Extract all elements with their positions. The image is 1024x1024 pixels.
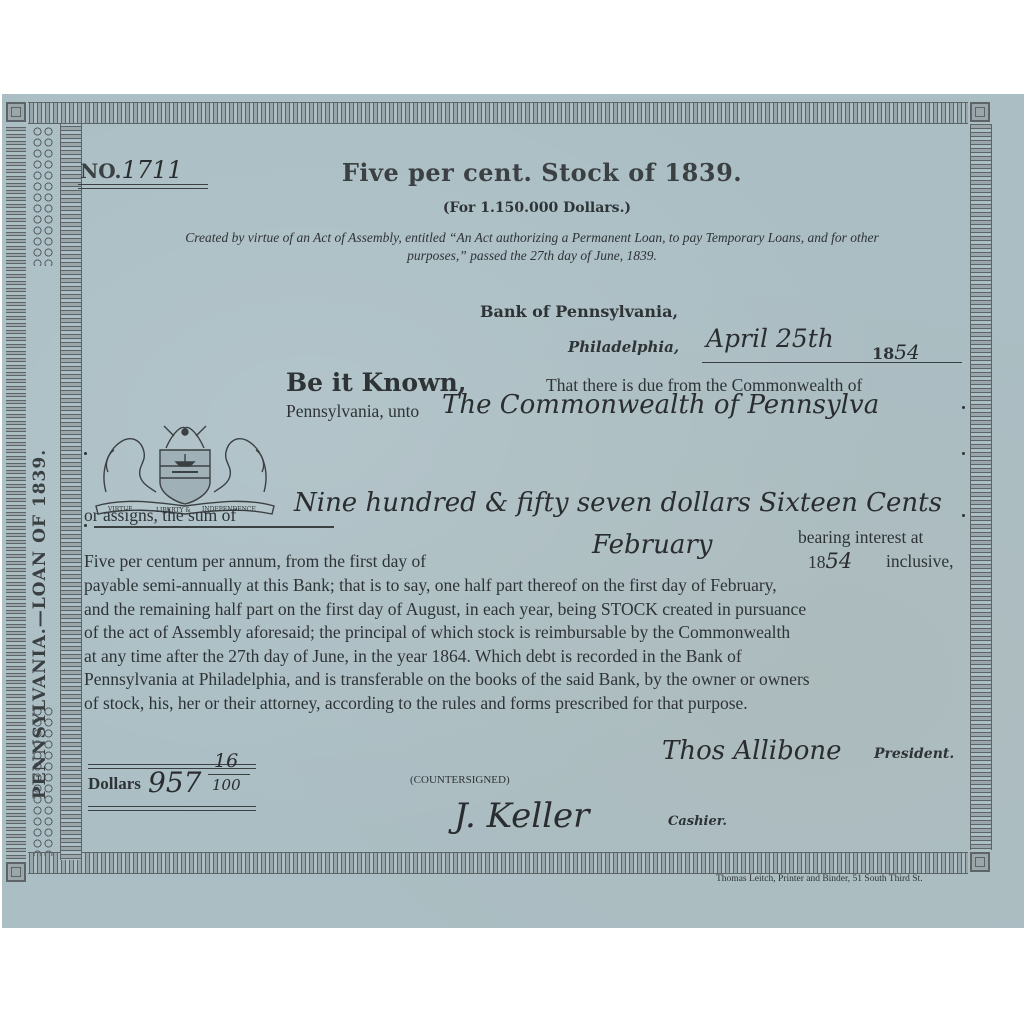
stock-certificate: PENNSYLVANIA.—LOAN OF 1839. NO.1711 Five… — [2, 94, 1024, 928]
bottom-border — [28, 852, 968, 874]
interest-line: Five per centum per annum, from the firs… — [84, 550, 426, 574]
number-label: NO. — [80, 159, 122, 183]
interest-year-prefix: 18 — [808, 552, 826, 572]
countersigned-label: (COUNTERSIGNED) — [410, 774, 510, 786]
amount-bottom-rule — [88, 806, 256, 811]
number-underline — [78, 184, 208, 189]
dot — [962, 514, 965, 517]
act-description: Created by virtue of an Act of Assembly,… — [92, 229, 972, 265]
side-label: PENNSYLVANIA.—LOAN OF 1839. — [20, 364, 60, 884]
interest-month-handwritten: February — [592, 530, 712, 560]
dot — [962, 452, 965, 455]
president-signature: Thos Allibone — [662, 736, 842, 766]
act-line-2: purposes,” passed the 27th day of June, … — [92, 247, 972, 265]
terms-line: Pennsylvania at Philadelphia, and is tra… — [84, 668, 970, 692]
interest-year-handwritten: 54 — [826, 549, 853, 573]
rosette-ornament-top — [32, 126, 54, 266]
side-label-text: PENNSYLVANIA.—LOAN OF 1839. — [30, 449, 50, 799]
interest-year: 1854 — [808, 550, 852, 575]
certificate-number: NO.1711 — [80, 156, 183, 184]
dollars-amount: 957 — [148, 766, 201, 799]
top-border — [28, 102, 968, 124]
act-line-1: Created by virtue of an Act of Assembly,… — [92, 229, 972, 247]
assigns-text: or assigns, the sum of — [84, 504, 236, 528]
be-it-known-heading: Be it Known, — [286, 368, 466, 397]
terms-line: payable semi-annually at this Bank; that… — [84, 574, 970, 598]
certificate-title: Five per cent. Stock of 1839. — [272, 158, 812, 187]
printer-imprint: Thomas Leitch, Printer and Binder, 51 So… — [716, 874, 923, 884]
issue-year-prefix: 18 — [872, 344, 894, 363]
cents-numerator: 16 — [214, 750, 238, 772]
certificate-subtitle: (For 1.150.000 Dollars.) — [362, 200, 712, 216]
right-border — [970, 124, 992, 850]
issue-year-handwritten: 54 — [894, 340, 919, 364]
inner-left-border — [60, 124, 82, 860]
dot — [84, 524, 87, 527]
pennsylvania-coat-of-arms-icon: VIRTUE LIBERTY & INDEPENDENCE — [94, 420, 276, 516]
issue-year: 1854 — [872, 340, 920, 364]
cents-fraction-bar — [208, 774, 250, 775]
dot — [84, 452, 87, 455]
bank-name: Bank of Pennsylvania, — [480, 302, 678, 321]
corner-ornament-top-right — [970, 102, 990, 122]
issue-date-handwritten: April 25th — [706, 324, 834, 353]
dot — [962, 406, 965, 409]
terms-line: of stock, his, her or their attorney, ac… — [84, 692, 970, 716]
sum-underline — [94, 526, 334, 528]
president-label: President. — [874, 746, 954, 762]
sum-handwritten: Nine hundred & fifty seven dollars Sixte… — [294, 488, 942, 518]
inclusive-text: inclusive, — [886, 550, 954, 574]
cashier-label: Cashier. — [668, 814, 727, 829]
payee-handwritten: The Commonwealth of Pennsylva — [442, 390, 879, 420]
cents-denominator: 100 — [212, 776, 241, 794]
bearing-interest-text: bearing interest at — [798, 526, 923, 550]
terms-line: at any time after the 27th day of June, … — [84, 645, 970, 669]
cashier-signature: J. Keller — [454, 796, 589, 836]
terms-line: of the act of Assembly aforesaid; the pr… — [84, 621, 970, 645]
place-label: Philadelphia, — [568, 338, 679, 356]
number-value: 1711 — [122, 156, 183, 184]
terms-paragraph: payable semi-annually at this Bank; that… — [84, 574, 970, 715]
terms-line: and the remaining half part on the first… — [84, 598, 970, 622]
corner-ornament-bottom-right — [970, 852, 990, 872]
dollars-label: Dollars — [88, 774, 141, 794]
corner-ornament-top-left — [6, 102, 26, 122]
unto-text: Pennsylvania, unto — [286, 400, 419, 424]
date-line — [702, 362, 962, 363]
